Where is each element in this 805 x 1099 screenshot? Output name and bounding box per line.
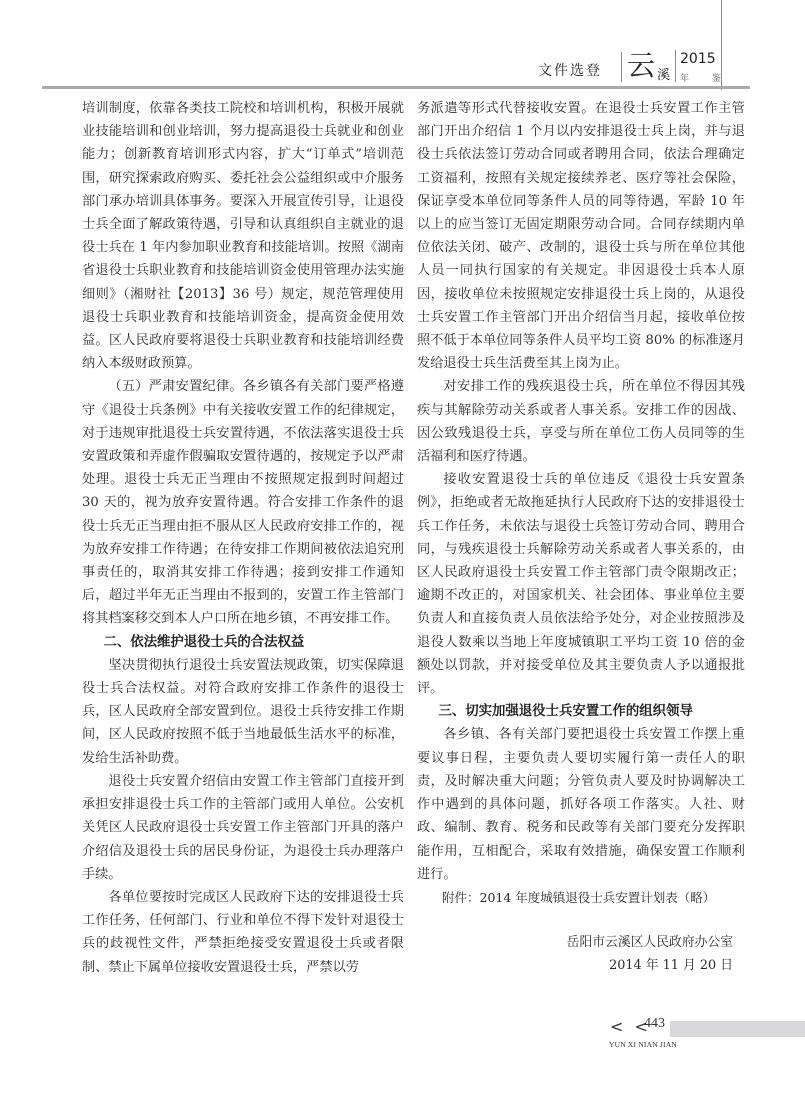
paragraph: 退役士兵安置介绍信由安置工作主管部门直接开到承担安排退役士兵工作的主管部门或用人… [82, 770, 404, 886]
brand-char-yun: 云 [627, 50, 655, 82]
paragraph: 培训制度，依靠各类技工院校和培训机构，积极开展就业技能培训和创业培训，努力提高退… [82, 97, 404, 375]
page-number: 443 [644, 1016, 665, 1032]
paragraph: （五）严肃安置纪律。各乡镇各有关部门要严格遵守《退役士兵条例》中有关接收安置工作… [82, 375, 404, 630]
section-heading: 二、依法维护退役士兵的合法权益 [82, 631, 404, 654]
paragraph: 各单位要按时完成区人民政府下达的安排退役士兵工作任务，任何部门、行业和单位不得下… [82, 886, 404, 979]
yearbook-year: 2015 [680, 51, 716, 67]
section-title: 文件选登 [538, 60, 602, 80]
attachment-note: 附件：2014 年度城镇退役士兵安置计划表（略） [417, 886, 745, 909]
paragraph: 务派遣等形式代替接收安置。在退役士兵安置工作主管部门开出介绍信 1 个月以内安排… [417, 97, 745, 375]
issuer: 岳阳市云溪区人民政府办公室 [417, 931, 745, 954]
header-divider [621, 52, 622, 82]
header-divider [675, 50, 676, 82]
footer-caption: YUN XI NIAN JIAN [609, 1040, 677, 1049]
paragraph: 各乡镇、各有关部门要把退役士兵安置工作摆上重要议事日程，主要负责人要切实履行第一… [417, 723, 745, 885]
page-header: 文件选登 云 溪 2015 年 鉴 [0, 0, 805, 90]
footer-bar [670, 1021, 805, 1037]
paragraph: 对安排工作的残疾退役士兵，所在单位不得因其残疾与其解除劳动关系或者人事关系。安排… [417, 375, 745, 468]
spacer [417, 909, 745, 931]
section-heading: 三、切实加强退役士兵安置工作的组织领导 [417, 700, 745, 723]
brand-char-xi: 溪 [657, 64, 670, 83]
right-column: 务派遣等形式代替接收安置。在退役士兵安置工作主管部门开出介绍信 1 个月以内安排… [417, 97, 745, 977]
yearbook-label: 年 鉴 [680, 71, 731, 84]
paragraph: 接收安置退役士兵的单位违反《退役士兵安置条例》，拒绝或者无故拖延执行人民政府下达… [417, 468, 745, 700]
left-column: 培训制度，依靠各类技工院校和培训机构，积极开展就业技能培训和创业培训，努力提高退… [82, 97, 404, 979]
issue-date: 2014 年 11 月 20 日 [417, 954, 745, 977]
header-rule [42, 86, 750, 89]
paragraph: 坚决贯彻执行退役士兵安置法规政策，切实保障退役士兵合法权益。对符合政府安排工作条… [82, 654, 404, 770]
